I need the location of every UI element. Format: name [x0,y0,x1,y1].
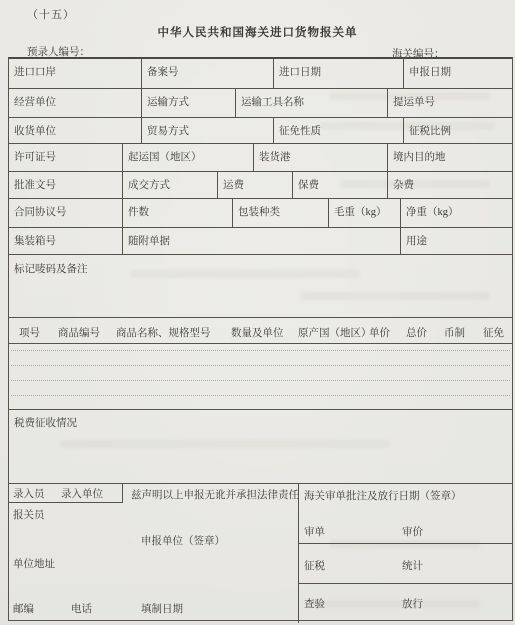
field-operating-unit: 经营单位 [9,89,142,117]
taxation-cell: 征税 统计 [299,544,512,584]
col-unit-price: 单价 [369,325,390,340]
inspection-cell: 查验 放行 [299,584,512,622]
field-departure-country: 起运国（地区） [123,144,254,171]
page-title: 中华人民共和国海关进口货物报关单 [0,24,515,40]
field-container-no: 集装箱号 [9,228,123,254]
declaration-statement: 兹声明以上申报无讹并承担法律责任 [131,487,299,502]
table-row: 集装箱号 随附单据 用途 [9,228,512,255]
col-item-no: 项号 [19,325,40,340]
field-declare-date: 申报日期 [404,59,512,88]
goods-lines-area [9,344,512,410]
field-package-count: 件数 [123,199,233,227]
field-domestic-destination: 境内目的地 [388,144,512,171]
statistics-label: 统计 [402,558,423,573]
field-package-type: 包装种类 [233,199,329,227]
taxation-label: 征税 [304,558,325,573]
goods-ruled-line [11,395,510,396]
declaration-table: 进口口岸 备案号 进口日期 申报日期 经营单位 运输方式 运输工具名称 提运单号… [8,57,513,621]
table-row: 合同协议号 件数 包装种类 毛重（kg） 净重（kg） [9,199,512,228]
table-row: 收货单位 贸易方式 征免性质 征税比例 [9,118,512,144]
scanned-form-page: { "header": { "section_number": "（十五）", … [0,0,515,625]
field-attached-documents: 随附单据 [123,228,401,254]
footer-block: 录入员 录入单位 兹声明以上申报无讹并承担法律责任 报关员 申报单位（签章） 单… [9,484,512,623]
table-row: 税费征收情况 [9,410,512,484]
table-row: 进口口岸 备案号 进口日期 申报日期 [9,59,512,89]
fill-date-label: 填制日期 [141,601,183,616]
declaring-unit-label: 申报单位（签章） [141,533,225,548]
field-approval-doc-no: 批准文号 [9,172,123,198]
field-net-weight: 净重（kg） [401,199,512,227]
field-misc-fees: 杂费 [388,172,512,198]
col-origin-country: 原产国（地区） [298,325,372,340]
postcode-label: 邮编 [13,601,34,616]
table-row: 经营单位 运输方式 运输工具名称 提运单号 [9,89,512,118]
field-receiving-unit: 收货单位 [9,118,142,143]
field-insurance: 保费 [293,172,388,198]
endorsement-cell: 海关审单批注及放行日期（签章） 审单 审价 [299,484,512,544]
field-gross-weight: 毛重（kg） [329,199,401,227]
doc-review-label: 审单 [304,524,325,539]
table-row: 许可证号 起运国（地区） 装货港 境内目的地 [9,144,512,172]
section-number: （十五） [27,6,75,22]
field-import-port: 进口口岸 [9,59,142,88]
table-row: 标记唛码及备注 [9,255,512,318]
entry-clerk-box: 录入员 录入单位 [9,484,123,503]
field-import-date: 进口日期 [274,59,404,88]
goods-ruled-line [11,380,510,381]
table-row: 批准文号 成交方式 运费 保费 杂费 [9,172,512,199]
release-label: 放行 [402,596,423,611]
field-transaction-mode: 成交方式 [123,172,218,198]
declarant-label: 报关员 [13,507,45,522]
field-marks-remarks: 标记唛码及备注 [9,255,512,317]
customs-endorsement-column: 海关审单批注及放行日期（签章） 审单 审价 征税 统计 查验 放行 [298,484,512,623]
field-trade-mode: 贸易方式 [142,118,274,143]
field-freight: 运费 [218,172,293,198]
field-license-no: 许可证号 [9,144,123,171]
field-tax-ratio: 征税比例 [404,118,512,143]
entry-unit-label: 录入单位 [61,486,103,501]
col-commodity-name-spec: 商品名称、规格型号 [116,325,211,340]
field-record-no: 备案号 [142,59,274,88]
goods-ruled-line [11,365,510,366]
goods-ruled-line [11,350,510,351]
price-review-label: 审价 [402,524,423,539]
col-quantity-unit: 数量及单位 [231,325,284,340]
field-tax-collection: 税费征收情况 [9,410,512,483]
inspection-label: 查验 [304,596,325,611]
phone-label: 电话 [71,601,92,616]
field-loading-port: 装货港 [254,144,388,171]
unit-address-label: 单位地址 [13,556,55,571]
col-total-price: 总价 [406,325,427,340]
field-transport-tool-name: 运输工具名称 [236,89,388,117]
goods-header-row: 项号 商品编号 商品名称、规格型号 数量及单位 原产国（地区） 单价 总价 币制… [9,318,512,344]
col-commodity-code: 商品编号 [58,325,100,340]
field-contract-no: 合同协议号 [9,199,123,227]
col-currency: 币制 [444,325,465,340]
col-levy-exempt: 征免 [483,325,504,340]
field-levy-exempt-nature: 征免性质 [274,118,404,143]
field-bill-of-lading-no: 提运单号 [388,89,512,117]
entry-clerk-label: 录入员 [13,486,45,501]
field-usage: 用途 [401,228,512,254]
field-transport-mode: 运输方式 [142,89,236,117]
customs-endorsement-label: 海关审单批注及放行日期（签章） [304,488,462,503]
